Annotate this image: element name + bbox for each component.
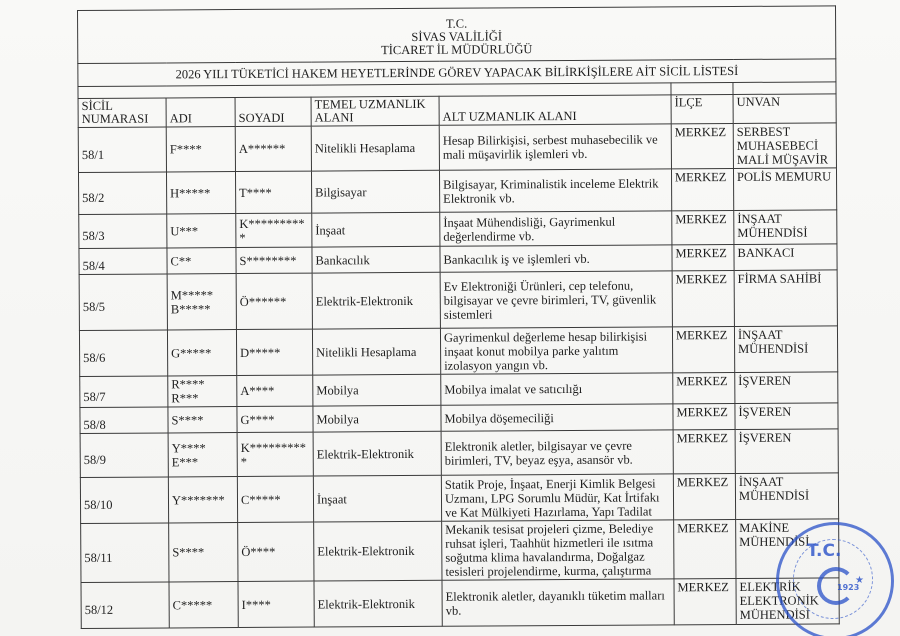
- cell-sicil: 58/9: [80, 433, 168, 478]
- table-row: 58/5M***** B*****Ö******Elektrik-Elektro…: [79, 270, 837, 331]
- col-header-adi: ADI: [166, 98, 235, 127]
- cell-unvan: BANKACI: [734, 244, 837, 271]
- cell-ilce: MERKEZ: [672, 210, 734, 244]
- col-header-ilce: İLÇE: [671, 94, 733, 123]
- cell-soyadi: A******: [235, 126, 311, 171]
- cell-soyadi: Ö******: [236, 273, 312, 329]
- cell-soyadi: T****: [235, 171, 311, 213]
- stamp-year: 1923: [837, 583, 859, 592]
- cell-ilce: MERKEZ: [672, 270, 734, 326]
- col-header-temel: TEMEL UZMANLIK ALANI: [311, 96, 439, 126]
- table-row: 58/3U***K********* *İnşaatİnşaat Mühendi…: [79, 210, 837, 249]
- cell-unvan: FİRMA SAHİBİ: [734, 270, 837, 327]
- cell-alt: Gayrimenkul değerleme hesap bilirkişisi …: [440, 327, 672, 374]
- cell-sicil: 58/4: [79, 248, 167, 275]
- cell-alt: İnşaat Mühendisliği, Gayrimenkul değerle…: [440, 211, 672, 246]
- table-row: 58/12C*****I****Elektrik-ElektronikElekt…: [81, 578, 839, 629]
- cell-ilce: MERKEZ: [673, 429, 735, 473]
- registry-document: T.C. SİVAS VALİLİĞİ TİCARET İL MÜDÜRLÜĞÜ…: [77, 5, 839, 629]
- col-header-soyadi: SOYADI: [235, 97, 311, 126]
- cell-adi: H*****: [166, 172, 235, 214]
- cell-adi: R**** R***: [168, 376, 237, 407]
- cell-unvan: SERBEST MUHASEBECİ MALİ MÜŞAVİR: [733, 123, 836, 169]
- cell-sicil: 58/1: [78, 127, 166, 173]
- cell-temel: Elektrik-Elektronik: [314, 580, 442, 627]
- cell-sicil: 58/5: [79, 274, 167, 331]
- cell-ilce: MERKEZ: [672, 326, 734, 372]
- cell-ilce: MERKEZ: [673, 473, 735, 519]
- cell-soyadi: C*****: [237, 476, 313, 522]
- cell-sicil: 58/11: [81, 523, 169, 583]
- col-header-sicil: SİCİL NUMARASI: [78, 98, 166, 128]
- cell-sicil: 58/2: [78, 172, 166, 215]
- cell-ilce: MERKEZ: [674, 578, 736, 624]
- col-header-unvan: UNVAN: [733, 94, 836, 124]
- cell-soyadi: D*****: [236, 329, 312, 375]
- scanned-page: T.C. SİVAS VALİLİĞİ TİCARET İL MÜDÜRLÜĞÜ…: [0, 0, 900, 636]
- cell-unvan: İŞVEREN: [735, 429, 838, 474]
- cell-ilce: MERKEZ: [673, 372, 735, 403]
- cell-soyadi: A****: [237, 375, 313, 406]
- cell-temel: Bilgisayar: [311, 170, 439, 213]
- cell-unvan: İNŞAAT MÜHENDİSİ: [734, 210, 837, 245]
- cell-temel: Mobilya: [313, 374, 441, 406]
- cell-soyadi: S********: [236, 247, 312, 273]
- cell-alt: Mobilya imalat ve satıcılığı: [441, 373, 673, 405]
- cell-alt: Elektronik aletler, dayanıklı tüketim ma…: [442, 579, 674, 626]
- cell-alt: Bankacılık iş ve işlemleri vb.: [440, 245, 672, 272]
- cell-unvan: ELEKTRİK ELEKTRONİK MÜHENDİSİ: [736, 578, 839, 625]
- cell-ilce: MERKEZ: [671, 168, 733, 210]
- cell-alt: Hesap Bilirkişisi, serbest muhasebecilik…: [439, 124, 671, 170]
- table-row: 58/9Y**** E***K********* *Elektrik-Elekt…: [80, 429, 838, 478]
- cell-temel: İnşaat: [313, 475, 441, 522]
- cell-temel: Mobilya: [313, 405, 441, 432]
- cell-sicil: 58/6: [79, 330, 167, 377]
- table-row: 58/1F****A******Nitelikli HesaplamaHesap…: [78, 123, 836, 173]
- cell-ilce: MERKEZ: [672, 244, 734, 270]
- table-body: 58/1F****A******Nitelikli HesaplamaHesap…: [78, 123, 839, 629]
- cell-adi: M***** B*****: [167, 274, 236, 330]
- cell-ilce: MERKEZ: [671, 123, 733, 168]
- col-header-alt: ALT UZMANLIK ALANI: [439, 95, 671, 125]
- cell-unvan: İNŞAAT MÜHENDİSİ: [735, 473, 838, 520]
- cell-soyadi: I****: [238, 581, 314, 627]
- cell-adi: S****: [169, 523, 238, 582]
- cell-soyadi: K********* *: [236, 213, 312, 247]
- institution-header: T.C. SİVAS VALİLİĞİ TİCARET İL MÜDÜRLÜĞÜ: [78, 6, 836, 64]
- cell-soyadi: K********* *: [237, 432, 313, 476]
- cell-soyadi: Ö****: [238, 522, 314, 581]
- cell-adi: C**: [167, 248, 236, 274]
- cell-alt: Elektronik aletler, bilgisayar ve çevre …: [441, 430, 673, 475]
- table-row: 58/6G*****D*****Nitelikli HesaplamaGayri…: [79, 326, 837, 377]
- table-row: 58/10Y*******C*****İnşaatStatik Proje, İ…: [80, 473, 838, 524]
- cell-alt: Mobilya döşemeciliği: [441, 404, 673, 431]
- cell-alt: Mekanik tesisat projeleri çizme, Belediy…: [442, 520, 674, 580]
- cell-sicil: 58/8: [80, 407, 168, 434]
- cell-temel: Elektrik-Elektronik: [314, 521, 442, 581]
- registry-table: T.C. SİVAS VALİLİĞİ TİCARET İL MÜDÜRLÜĞÜ…: [77, 5, 840, 629]
- cell-sicil: 58/3: [79, 214, 167, 249]
- cell-sicil: 58/7: [80, 376, 168, 408]
- cell-soyadi: G****: [237, 406, 313, 432]
- cell-temel: Elektrik-Elektronik: [312, 272, 440, 329]
- cell-unvan: POLİS MEMURU: [733, 168, 836, 211]
- cell-adi: F****: [166, 127, 235, 172]
- cell-adi: G*****: [167, 330, 236, 376]
- cell-adi: Y**** E***: [168, 433, 237, 477]
- cell-temel: Nitelikli Hesaplama: [311, 125, 439, 171]
- cell-alt: Statik Proje, İnşaat, Enerji Kimlik Belg…: [441, 474, 673, 521]
- cell-unvan: İŞVEREN: [735, 372, 838, 404]
- cell-adi: S****: [168, 407, 237, 433]
- cell-temel: Nitelikli Hesaplama: [312, 328, 440, 375]
- cell-alt: Ev Elektroniği Ürünleri, cep telefonu, b…: [440, 271, 672, 328]
- cell-temel: Elektrik-Elektronik: [313, 431, 441, 476]
- cell-sicil: 58/10: [80, 477, 168, 524]
- cell-ilce: MERKEZ: [674, 519, 736, 578]
- table-row: 58/2H*****T****BilgisayarBilgisayar, Kri…: [78, 168, 836, 215]
- table-row: 58/11S****Ö****Elektrik-ElektronikMekani…: [81, 519, 839, 583]
- cell-unvan: İŞVEREN: [735, 403, 838, 430]
- cell-unvan: İNŞAAT MÜHENDİSİ: [734, 326, 837, 373]
- cell-adi: C*****: [169, 582, 238, 628]
- cell-ilce: MERKEZ: [673, 403, 735, 429]
- cell-temel: İnşaat: [312, 212, 440, 247]
- star-icon: ★: [855, 575, 864, 586]
- cell-adi: U***: [167, 214, 236, 248]
- cell-unvan: MAKİNE MÜHENDİSİ: [736, 519, 839, 579]
- column-header-row: SİCİL NUMARASI ADI SOYADI TEMEL UZMANLIK…: [78, 94, 836, 128]
- cell-temel: Bankacılık: [312, 246, 440, 273]
- cell-adi: Y*******: [168, 477, 237, 523]
- cell-alt: Bilgisayar, Kriminalistik inceleme Elekt…: [439, 169, 671, 212]
- cell-sicil: 58/12: [81, 582, 169, 629]
- table-row: 58/7R**** R***A****MobilyaMobilya imalat…: [80, 372, 838, 408]
